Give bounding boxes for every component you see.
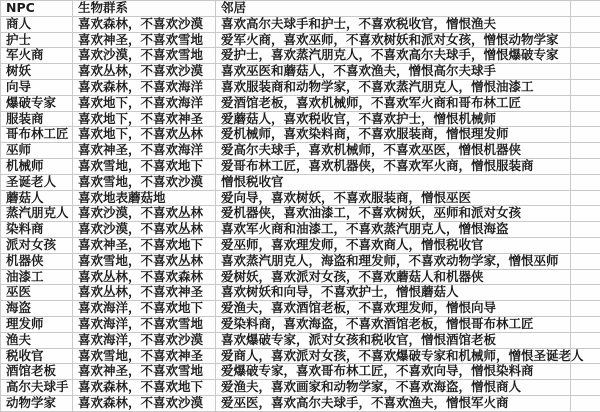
npc-name-cell: 商人 — [1, 16, 73, 32]
spacer-cell — [571, 64, 600, 80]
biome-cell: 喜欢海洋，不喜欢沙漠 — [73, 332, 216, 348]
neighbors-cell: 爱护士，喜欢蒸汽朋克人，不喜欢高尔夫球手，憎恨爆破专家 — [216, 48, 571, 64]
spacer-cell — [571, 364, 600, 380]
table-row: 海盗喜欢海洋，不喜欢地下爱渔夫，喜欢酒馆老板，不喜欢理发师，憎恨向导 — [1, 301, 600, 317]
table-row: 巫医喜欢丛林，不喜欢神圣喜欢树妖和向导，不喜欢护士，憎恨蘑菇人 — [1, 285, 600, 301]
biome-cell: 喜欢丛林，不喜欢森林 — [73, 269, 216, 285]
neighbors-cell: 喜欢巫医和蘑菇人，不喜欢渔夫，憎恨高尔夫球手 — [216, 64, 571, 80]
biome-cell: 喜欢地下，不喜欢神圣 — [73, 111, 216, 127]
npc-name-cell: 机器侠 — [1, 253, 73, 269]
header-row: NPC 生物群系 邻居 — [1, 1, 600, 17]
table-row: 护士喜欢神圣，不喜欢雪地爱军火商，喜欢巫师，不喜欢树妖和派对女孩，憎恨动物学家 — [1, 32, 600, 48]
column-header-spacer — [571, 1, 600, 17]
spacer-cell — [571, 285, 600, 301]
neighbors-cell: 喜欢服装商和动物学家，不喜欢蒸汽朋克人，憎恨油漆工 — [216, 79, 571, 95]
spacer-cell — [571, 316, 600, 332]
npc-name-cell: 蒸汽朋克人 — [1, 206, 73, 222]
spacer-cell — [571, 332, 600, 348]
biome-cell: 喜欢沙漠，不喜欢丛林 — [73, 222, 216, 238]
biome-cell: 喜欢神圣，不喜欢雪地 — [73, 364, 216, 380]
spacer-cell — [571, 269, 600, 285]
spacer-cell — [571, 143, 600, 159]
neighbors-cell: 爱染料商，喜欢海盗，不喜欢酒馆老板，憎恨哥布林工匠 — [216, 316, 571, 332]
spacer-cell — [571, 190, 600, 206]
table-row: 税收官喜欢雪地，不喜欢神圣爱商人，喜欢派对女孩，不喜欢爆破专家和机械师，憎恨圣诞… — [1, 348, 600, 364]
spacer-cell — [571, 253, 600, 269]
table-row: 机械师喜欢雪地，不喜欢地下爱哥布林工匠，喜欢机器侠，不喜欢军火商，憎恨服装商 — [1, 158, 600, 174]
npc-name-cell: 派对女孩 — [1, 237, 73, 253]
neighbors-cell: 爱渔夫，喜欢画家和动物学家，不喜欢海盗，憎恨商人 — [216, 380, 571, 396]
npc-happiness-page: NPC 生物群系 邻居 商人喜欢森林，不喜欢沙漠喜欢高尔夫球手和护士，不喜欢税收… — [0, 0, 600, 412]
neighbors-cell: 爱高尔夫球手，喜欢机械师，不喜欢巫医，憎恨机器侠 — [216, 143, 571, 159]
biome-cell: 喜欢森林，不喜欢海洋 — [73, 79, 216, 95]
npc-name-cell: 染料商 — [1, 222, 73, 238]
spacer-cell — [571, 16, 600, 32]
table-row: 机器侠喜欢雪地，不喜欢丛林喜欢蒸汽朋克人，海盗和理发师，不喜欢动物学家，憎恨巫师 — [1, 253, 600, 269]
neighbors-cell: 喜欢爆破专家，派对女孩和税收官，憎恨酒馆老板 — [216, 332, 571, 348]
npc-name-cell: 蘑菇人 — [1, 190, 73, 206]
neighbors-cell: 爱巫师，喜欢理发师，不喜欢商人，憎恨税收官 — [216, 237, 571, 253]
table-row: 商人喜欢森林，不喜欢沙漠喜欢高尔夫球手和护士，不喜欢税收官，憎恨渔夫 — [1, 16, 600, 32]
neighbors-cell: 爱渔夫，喜欢酒馆老板，不喜欢理发师，憎恨向导 — [216, 301, 571, 317]
npc-name-cell: 海盗 — [1, 301, 73, 317]
table-row: 服装商喜欢地下，不喜欢神圣爱蘑菇人，喜欢税收官，不喜欢护士，憎恨机械师 — [1, 111, 600, 127]
npc-name-cell: 高尔夫球手 — [1, 380, 73, 396]
biome-cell: 喜欢神圣，不喜欢地下 — [73, 237, 216, 253]
neighbors-cell: 爱酒馆老板，喜欢机械师，不喜欢军火商和哥布林工匠 — [216, 95, 571, 111]
npc-name-cell: 圣诞老人 — [1, 174, 73, 190]
biome-cell: 喜欢海洋，不喜欢雪地 — [73, 316, 216, 332]
npc-name-cell: 机械师 — [1, 158, 73, 174]
npc-name-cell: 服装商 — [1, 111, 73, 127]
biome-cell: 喜欢丛林，不喜欢沙漠 — [73, 64, 216, 80]
neighbors-cell: 爱向导，喜欢树妖，不喜欢服装商，憎恨巫医 — [216, 190, 571, 206]
neighbors-cell: 爱机械师，喜欢染料商，不喜欢服装商，憎恨理发师 — [216, 127, 571, 143]
table-row: 蘑菇人喜欢地表蘑菇地爱向导，喜欢树妖，不喜欢服装商，憎恨巫医 — [1, 190, 600, 206]
npc-name-cell: 巫师 — [1, 143, 73, 159]
neighbors-cell: 爱机器侠，喜欢油漆工，不喜欢树妖，巫师和派对女孩 — [216, 206, 571, 222]
npc-name-cell: 动物学家 — [1, 395, 73, 411]
biome-cell: 喜欢沙漠，不喜欢雪地 — [73, 48, 216, 64]
table-row: 蒸汽朋克人喜欢沙漠，不喜欢丛林爱机器侠，喜欢油漆工，不喜欢树妖，巫师和派对女孩 — [1, 206, 600, 222]
npc-name-cell: 树妖 — [1, 64, 73, 80]
spacer-cell — [571, 237, 600, 253]
spacer-cell — [571, 222, 600, 238]
npc-name-cell: 爆破专家 — [1, 95, 73, 111]
neighbors-cell: 喜欢蒸汽朋克人，海盗和理发师，不喜欢动物学家，憎恨巫师 — [216, 253, 571, 269]
biome-cell: 喜欢沙漠，不喜欢丛林 — [73, 206, 216, 222]
spacer-cell — [571, 48, 600, 64]
neighbors-cell: 爱树妖，喜欢派对女孩，不喜欢蘑菇人和机器侠 — [216, 269, 571, 285]
neighbors-cell: 喜欢树妖和向导，不喜欢护士，憎恨蘑菇人 — [216, 285, 571, 301]
table-row: 圣诞老人喜欢雪地，不喜欢沙漠憎恨税收官 — [1, 174, 600, 190]
spacer-cell — [571, 158, 600, 174]
column-header-neighbors: 邻居 — [216, 1, 571, 17]
biome-cell: 喜欢雪地，不喜欢沙漠 — [73, 174, 216, 190]
npc-name-cell: 向导 — [1, 79, 73, 95]
neighbors-cell: 憎恨税收官 — [216, 174, 571, 190]
spacer-cell — [571, 79, 600, 95]
spacer-cell — [571, 395, 600, 411]
table-row: 爆破专家喜欢地下，不喜欢海洋爱酒馆老板，喜欢机械师，不喜欢军火商和哥布林工匠 — [1, 95, 600, 111]
biome-cell: 喜欢森林，不喜欢地下 — [73, 380, 216, 396]
table-row: 派对女孩喜欢神圣，不喜欢地下爱巫师，喜欢理发师，不喜欢商人，憎恨税收官 — [1, 237, 600, 253]
spacer-cell — [571, 95, 600, 111]
biome-cell: 喜欢雪地，不喜欢地下 — [73, 158, 216, 174]
column-header-biome: 生物群系 — [73, 1, 216, 17]
biome-cell: 喜欢地表蘑菇地 — [73, 190, 216, 206]
spacer-cell — [571, 380, 600, 396]
npc-name-cell: 护士 — [1, 32, 73, 48]
npc-name-cell: 油漆工 — [1, 269, 73, 285]
table-row: 军火商喜欢沙漠，不喜欢雪地爱护士，喜欢蒸汽朋克人，不喜欢高尔夫球手，憎恨爆破专家 — [1, 48, 600, 64]
biome-cell: 喜欢地下，不喜欢丛林 — [73, 127, 216, 143]
spacer-cell — [571, 206, 600, 222]
biome-cell: 喜欢神圣，不喜欢雪地 — [73, 32, 216, 48]
neighbors-cell: 喜欢高尔夫球手和护士，不喜欢税收官，憎恨渔夫 — [216, 16, 571, 32]
biome-cell: 喜欢地下，不喜欢海洋 — [73, 95, 216, 111]
npc-name-cell: 军火商 — [1, 48, 73, 64]
spacer-cell — [571, 32, 600, 48]
npc-name-cell: 巫医 — [1, 285, 73, 301]
neighbors-cell: 爱商人，喜欢派对女孩，不喜欢爆破专家和机械师，憎恨圣诞老人 — [216, 348, 571, 364]
spacer-cell — [571, 127, 600, 143]
neighbors-cell: 爱巫医，喜欢高尔夫球手，不喜欢渔夫，憎恨军火商 — [216, 395, 571, 411]
biome-cell: 喜欢丛林，不喜欢神圣 — [73, 285, 216, 301]
npc-name-cell: 理发师 — [1, 316, 73, 332]
spacer-cell — [571, 174, 600, 190]
column-header-npc: NPC — [1, 1, 73, 17]
neighbors-cell: 爱军火商，喜欢巫师，不喜欢树妖和派对女孩，憎恨动物学家 — [216, 32, 571, 48]
table-row: 向导喜欢森林，不喜欢海洋喜欢服装商和动物学家，不喜欢蒸汽朋克人，憎恨油漆工 — [1, 79, 600, 95]
npc-name-cell: 酒馆老板 — [1, 364, 73, 380]
npc-happiness-table: NPC 生物群系 邻居 商人喜欢森林，不喜欢沙漠喜欢高尔夫球手和护士，不喜欢税收… — [0, 0, 600, 412]
npc-name-cell: 税收官 — [1, 348, 73, 364]
table-row: 树妖喜欢丛林，不喜欢沙漠喜欢巫医和蘑菇人，不喜欢渔夫，憎恨高尔夫球手 — [1, 64, 600, 80]
table-row: 哥布林工匠喜欢地下，不喜欢丛林爱机械师，喜欢染料商，不喜欢服装商，憎恨理发师 — [1, 127, 600, 143]
biome-cell: 喜欢海洋，不喜欢地下 — [73, 301, 216, 317]
table-row: 渔夫喜欢海洋，不喜欢沙漠喜欢爆破专家，派对女孩和税收官，憎恨酒馆老板 — [1, 332, 600, 348]
biome-cell: 喜欢森林，不喜欢沙漠 — [73, 16, 216, 32]
biome-cell: 喜欢雪地，不喜欢神圣 — [73, 348, 216, 364]
table-row: 油漆工喜欢丛林，不喜欢森林爱树妖，喜欢派对女孩，不喜欢蘑菇人和机器侠 — [1, 269, 600, 285]
table-row: 染料商喜欢沙漠，不喜欢丛林喜欢军火商和油漆工，不喜欢蒸汽朋克人，憎恨海盗 — [1, 222, 600, 238]
neighbors-cell: 喜欢军火商和油漆工，不喜欢蒸汽朋克人，憎恨海盗 — [216, 222, 571, 238]
neighbors-cell: 爱爆破专家，喜欢哥布林工匠，不喜欢向导，憎恨染料商 — [216, 364, 571, 380]
neighbors-cell: 爱哥布林工匠，喜欢机器侠，不喜欢军火商，憎恨服装商 — [216, 158, 571, 174]
spacer-cell — [571, 111, 600, 127]
table-row: 巫师喜欢神圣，不喜欢海洋爱高尔夫球手，喜欢机械师，不喜欢巫医，憎恨机器侠 — [1, 143, 600, 159]
table-row: 酒馆老板喜欢神圣，不喜欢雪地爱爆破专家，喜欢哥布林工匠，不喜欢向导，憎恨染料商 — [1, 364, 600, 380]
biome-cell: 喜欢森林，不喜欢沙漠 — [73, 395, 216, 411]
biome-cell: 喜欢神圣，不喜欢海洋 — [73, 143, 216, 159]
table-row: 动物学家喜欢森林，不喜欢沙漠爱巫医，喜欢高尔夫球手，不喜欢渔夫，憎恨军火商 — [1, 395, 600, 411]
table-body: 商人喜欢森林，不喜欢沙漠喜欢高尔夫球手和护士，不喜欢税收官，憎恨渔夫护士喜欢神圣… — [1, 16, 600, 411]
spacer-cell — [571, 301, 600, 317]
table-row: 理发师喜欢海洋，不喜欢雪地爱染料商，喜欢海盗，不喜欢酒馆老板，憎恨哥布林工匠 — [1, 316, 600, 332]
neighbors-cell: 爱蘑菇人，喜欢税收官，不喜欢护士，憎恨机械师 — [216, 111, 571, 127]
table-row: 高尔夫球手喜欢森林，不喜欢地下爱渔夫，喜欢画家和动物学家，不喜欢海盗，憎恨商人 — [1, 380, 600, 396]
biome-cell: 喜欢雪地，不喜欢丛林 — [73, 253, 216, 269]
npc-name-cell: 渔夫 — [1, 332, 73, 348]
npc-name-cell: 哥布林工匠 — [1, 127, 73, 143]
